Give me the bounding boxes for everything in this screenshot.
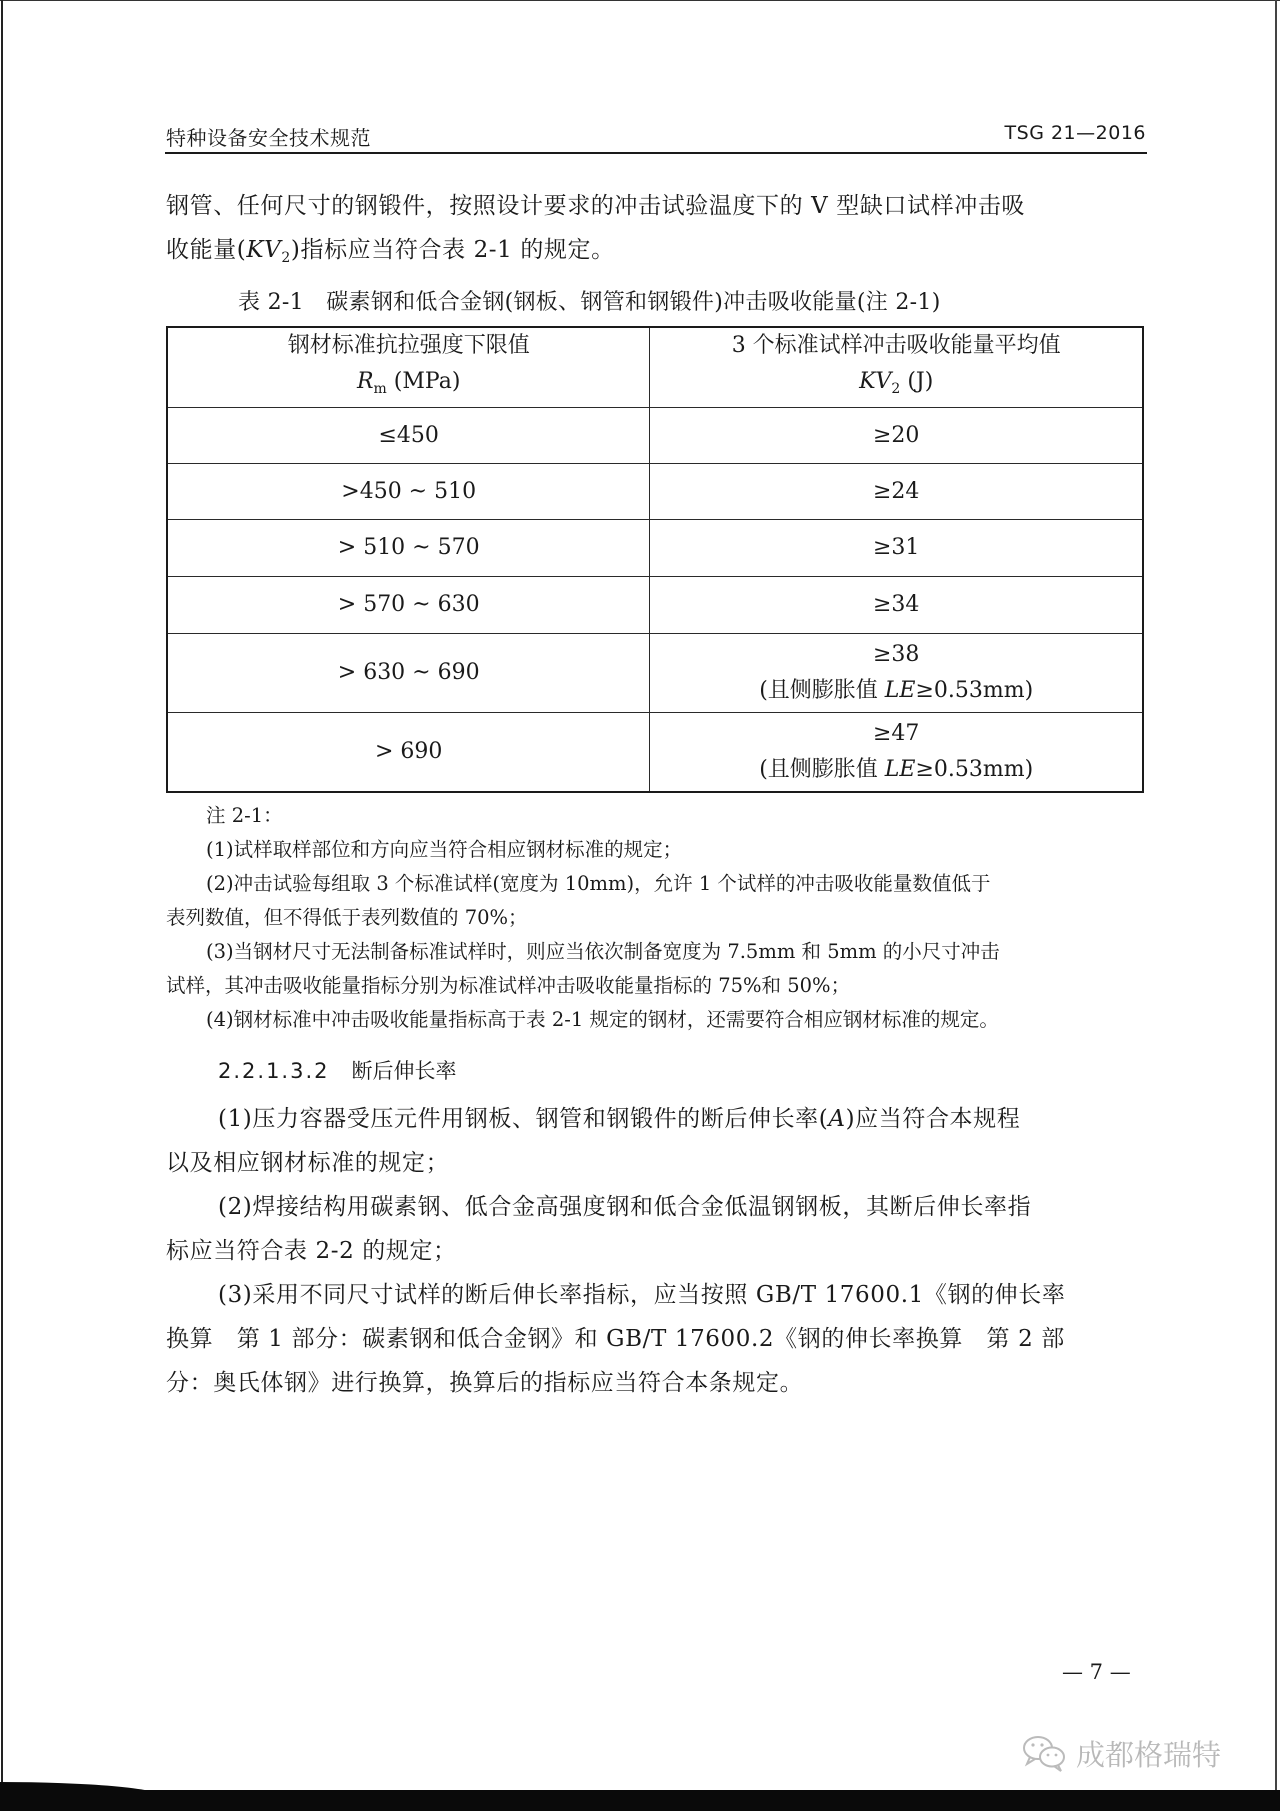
table-notes: 注 2-1： (1)试样取样部位和方向应当符合相应钢材标准的规定； (2)冲击试… bbox=[166, 799, 1146, 1037]
table-header-row: 钢材标准抗拉强度下限值 Rm (MPa) 3 个标准试样冲击吸收能量平均值 KV… bbox=[167, 327, 1143, 408]
cell-energy: ≥24 bbox=[650, 464, 1143, 520]
cell-energy: ≥38 (且侧膨胀值 LE≥0.53mm) bbox=[650, 634, 1143, 713]
symbol-a: A bbox=[828, 1106, 845, 1132]
note-item-2: (2)冲击试验每组取 3 个标准试样(宽度为 10mm)，允许 1 个试样的冲击… bbox=[166, 867, 1146, 901]
scan-frame-top bbox=[0, 0, 1280, 1]
section-para-3-line-3: 分：奥氏体钢》进行换算，换算后的指标应当符合本条规定。 bbox=[166, 1361, 1146, 1405]
watermark: 成都格瑞特 bbox=[1022, 1733, 1221, 1773]
header-rule bbox=[165, 152, 1147, 154]
section-para-3-line-1: (3)采用不同尺寸试样的断后伸长率指标，应当按照 GB/T 17600.1《钢的… bbox=[166, 1273, 1146, 1317]
lateral-expansion-note: (且侧膨胀值 LE≥0.53mm) bbox=[650, 752, 1142, 788]
notes-title: 注 2-1： bbox=[166, 799, 1146, 833]
note-text: ≥0.53mm) bbox=[915, 678, 1033, 703]
table-row: ≤450 ≥20 bbox=[167, 408, 1143, 464]
section-para-2-line-2: 标应当符合表 2-2 的规定； bbox=[166, 1229, 1146, 1273]
page-number: — 7 — bbox=[1062, 1660, 1131, 1684]
table-row: > 510 ~ 570 ≥31 bbox=[167, 520, 1143, 577]
header-cell-strength: 钢材标准抗拉强度下限值 Rm (MPa) bbox=[167, 327, 650, 408]
body-text: (1)压力容器受压元件用钢板、钢管和钢锻件的断后伸长率( bbox=[218, 1106, 828, 1132]
table-caption: 表 2-1 碳素钢和低合金钢(钢板、钢管和钢锻件)冲击吸收能量(注 2-1) bbox=[238, 285, 941, 316]
cell-energy: ≥31 bbox=[650, 520, 1143, 577]
header-label: 钢材标准抗拉强度下限值 bbox=[168, 328, 649, 364]
section-para-2-line-1: (2)焊接结构用碳素钢、低合金高强度钢和低合金低温钢钢板，其断后伸长率指 bbox=[166, 1185, 1146, 1229]
running-header: 特种设备安全技术规范 TSG 21—2016 bbox=[166, 118, 1146, 148]
impact-energy-table: 钢材标准抗拉强度下限值 Rm (MPa) 3 个标准试样冲击吸收能量平均值 KV… bbox=[166, 326, 1144, 793]
note-text: (且侧膨胀值 bbox=[759, 678, 885, 703]
note-item-1: (1)试样取样部位和方向应当符合相应钢材标准的规定； bbox=[166, 833, 1146, 867]
note-text: (且侧膨胀值 bbox=[759, 757, 885, 782]
symbol-le: LE bbox=[885, 678, 916, 703]
intro-text: )指标应当符合表 2-1 的规定。 bbox=[291, 237, 615, 263]
note-item-2-cont: 表列数值，但不得低于表列数值的 70%； bbox=[166, 901, 1146, 935]
header-unit-line: Rm (MPa) bbox=[168, 364, 649, 407]
section-number: 2.2.1.3.2 bbox=[218, 1059, 330, 1083]
cell-strength: > 690 bbox=[167, 713, 650, 793]
intro-line-1: 钢管、任何尺寸的钢锻件，按照设计要求的冲击试验温度下的 V 型缺口试样冲击吸 bbox=[166, 184, 1146, 228]
cell-strength: > 570 ~ 630 bbox=[167, 577, 650, 634]
table-row: > 690 ≥47 (且侧膨胀值 LE≥0.53mm) bbox=[167, 713, 1143, 793]
note-text: ≥0.53mm) bbox=[915, 757, 1033, 782]
section-para-1-line-1: (1)压力容器受压元件用钢板、钢管和钢锻件的断后伸长率(A)应当符合本规程 bbox=[166, 1097, 1146, 1141]
cell-energy: ≥34 bbox=[650, 577, 1143, 634]
cell-energy: ≥47 (且侧膨胀值 LE≥0.53mm) bbox=[650, 713, 1143, 793]
subscript: m bbox=[374, 381, 387, 397]
table-row: >450 ~ 510 ≥24 bbox=[167, 464, 1143, 520]
cell-strength: > 510 ~ 570 bbox=[167, 520, 650, 577]
header-cell-energy: 3 个标准试样冲击吸收能量平均值 KV2 (J) bbox=[650, 327, 1143, 408]
cell-strength: > 630 ~ 690 bbox=[167, 634, 650, 713]
unit: (MPa) bbox=[387, 369, 461, 394]
note-item-3: (3)当钢材尺寸无法制备标准试样时，则应当依次制备宽度为 7.5mm 和 5mm… bbox=[166, 935, 1146, 969]
note-item-4: (4)钢材标准中冲击吸收能量指标高于表 2-1 规定的钢材，还需要符合相应钢材标… bbox=[166, 1003, 1146, 1037]
intro-text: 钢管、任何尺寸的钢锻件，按照设计要求的冲击试验温度下的 V 型缺口试样冲击吸 bbox=[166, 193, 1025, 219]
symbol-kv: KV bbox=[246, 237, 281, 263]
intro-text: 收能量( bbox=[166, 237, 246, 263]
symbol-rm: R bbox=[357, 369, 374, 394]
symbol-kv: KV bbox=[859, 369, 891, 394]
table-row: > 630 ~ 690 ≥38 (且侧膨胀值 LE≥0.53mm) bbox=[167, 634, 1143, 713]
lateral-expansion-note: (且侧膨胀值 LE≥0.53mm) bbox=[650, 673, 1142, 709]
wechat-icon bbox=[1022, 1733, 1068, 1773]
energy-value: ≥38 bbox=[650, 637, 1142, 673]
section-title: 断后伸长率 bbox=[352, 1059, 457, 1083]
cell-strength: >450 ~ 510 bbox=[167, 464, 650, 520]
symbol-le: LE bbox=[885, 757, 916, 782]
section-heading: 2.2.1.3.2断后伸长率 bbox=[218, 1055, 457, 1085]
header-standard-code: TSG 21—2016 bbox=[1005, 122, 1146, 144]
table-row: > 570 ~ 630 ≥34 bbox=[167, 577, 1143, 634]
section-para-3-line-2: 换算 第 1 部分：碳素钢和低合金钢》和 GB/T 17600.2《钢的伸长率换… bbox=[166, 1317, 1146, 1361]
body-text: )应当符合本规程 bbox=[846, 1106, 1021, 1132]
scan-bottom-edge bbox=[0, 1795, 1280, 1811]
cell-strength: ≤450 bbox=[167, 408, 650, 464]
header-unit-line: KV2 (J) bbox=[650, 364, 1142, 407]
section-para-1-line-2: 以及相应钢材标准的规定； bbox=[166, 1141, 1146, 1185]
cell-energy: ≥20 bbox=[650, 408, 1143, 464]
scan-frame-left bbox=[1, 0, 3, 1811]
subscript: 2 bbox=[891, 381, 900, 397]
header-document-series: 特种设备安全技术规范 bbox=[166, 122, 371, 151]
watermark-text: 成都格瑞特 bbox=[1076, 1733, 1221, 1774]
scan-frame-right bbox=[1275, 0, 1277, 1811]
energy-value: ≥47 bbox=[650, 716, 1142, 752]
subscript: 2 bbox=[281, 250, 291, 266]
note-item-3-cont: 试样，其冲击吸收能量指标分别为标准试样冲击吸收能量指标的 75%和 50%； bbox=[166, 969, 1146, 1003]
unit: (J) bbox=[900, 369, 933, 394]
header-label: 3 个标准试样冲击吸收能量平均值 bbox=[650, 328, 1142, 364]
intro-line-2: 收能量(KV2)指标应当符合表 2-1 的规定。 bbox=[166, 228, 1146, 280]
